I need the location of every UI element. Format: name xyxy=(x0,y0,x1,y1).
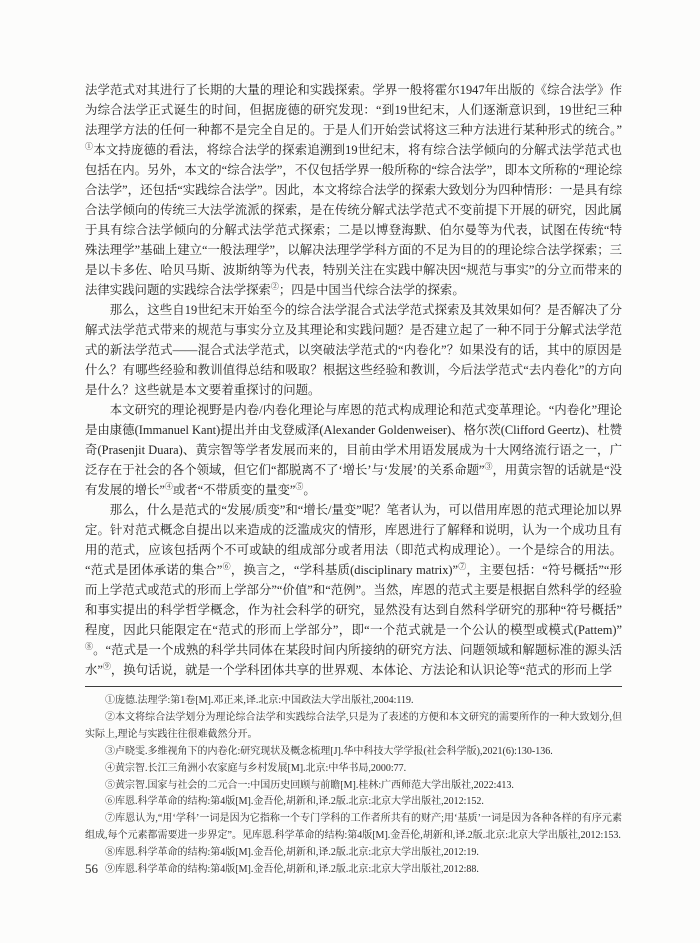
body-paragraph: 那么，这些自19世纪末开始至今的综合法学混合式法学范式探索及其效果如何？是否解决… xyxy=(85,300,622,400)
footnote-ref: ② xyxy=(271,282,279,291)
footnote-item: ④黄宗智.长江三角洲小农家庭与乡村发展[M].北京:中华书局,2000:77. xyxy=(85,761,622,778)
footnote-ref: ① xyxy=(85,142,93,151)
body-paragraph: 那么，什么是范式的“发展/质变”和“增长/量变”呢？笔者认为，可以借用库恩的范式… xyxy=(85,500,622,680)
body-paragraph: 本文研究的理论视野是内卷/内卷化理论与库恩的范式构成理论和范式变革理论。“内卷化… xyxy=(85,400,622,500)
footnote-item: ⑨库恩.科学革命的结构:第4版[M].金吾伦,胡新和,译.2版.北京:北京大学出… xyxy=(85,862,622,879)
footnote-item: ⑧库恩.科学革命的结构:第4版[M].金吾伦,胡新和,译.2版.北京:北京大学出… xyxy=(85,845,622,862)
paper-page: 法学范式对其进行了长期的大量的理论和实践探索。学界一般将霍尔1947年出版的《综… xyxy=(0,0,700,943)
footnote-item: ⑦库恩认为,“用‘学科’一词是因为它指称一个专门学科的工作者所共有的财产;用‘基… xyxy=(85,811,622,845)
footnote-ref: ⑧ xyxy=(85,642,93,651)
footnote-ref: ⑥ xyxy=(222,562,230,571)
footnote-divider xyxy=(85,686,622,687)
footnote-ref: ③ xyxy=(485,462,493,471)
footnote-item: ①庞德.法理学:第1卷[M].邓正来,译.北京:中国政法大学出版社,2004:1… xyxy=(85,693,622,710)
body-paragraph: 法学范式对其进行了长期的大量的理论和实践探索。学界一般将霍尔1947年出版的《综… xyxy=(85,80,622,300)
footnote-item: ⑥库恩.科学革命的结构:第4版[M].金吾伦,胡新和,译.2版.北京:北京大学出… xyxy=(85,794,622,811)
footnote-ref: ⑨ xyxy=(103,662,111,671)
footnote-list: ①庞德.法理学:第1卷[M].邓正来,译.北京:中国政法大学出版社,2004:1… xyxy=(85,693,622,879)
footnote-item: ⑤黄宗智.国家与社会的二元合一:中国历史回顾与前瞻[M].桂林:广西师范大学出版… xyxy=(85,778,622,795)
footnote-ref: ⑦ xyxy=(458,562,466,571)
page-number: 56 xyxy=(85,861,98,877)
footnote-item: ③卢晓雯.多维视角下的内卷化:研究现状及概念梳理[J].华中科技大学学报(社会科… xyxy=(85,744,622,761)
footnote-ref: ④ xyxy=(165,482,173,491)
body-text: 法学范式对其进行了长期的大量的理论和实践探索。学界一般将霍尔1947年出版的《综… xyxy=(85,80,622,680)
footnote-ref: ⑤ xyxy=(295,482,303,491)
footnotes-section: ①庞德.法理学:第1卷[M].邓正来,译.北京:中国政法大学出版社,2004:1… xyxy=(85,686,622,879)
footnote-item: ②本文将综合法学划分为理论综合法学和实践综合法学,只是为了表述的方便和本文研究的… xyxy=(85,710,622,744)
